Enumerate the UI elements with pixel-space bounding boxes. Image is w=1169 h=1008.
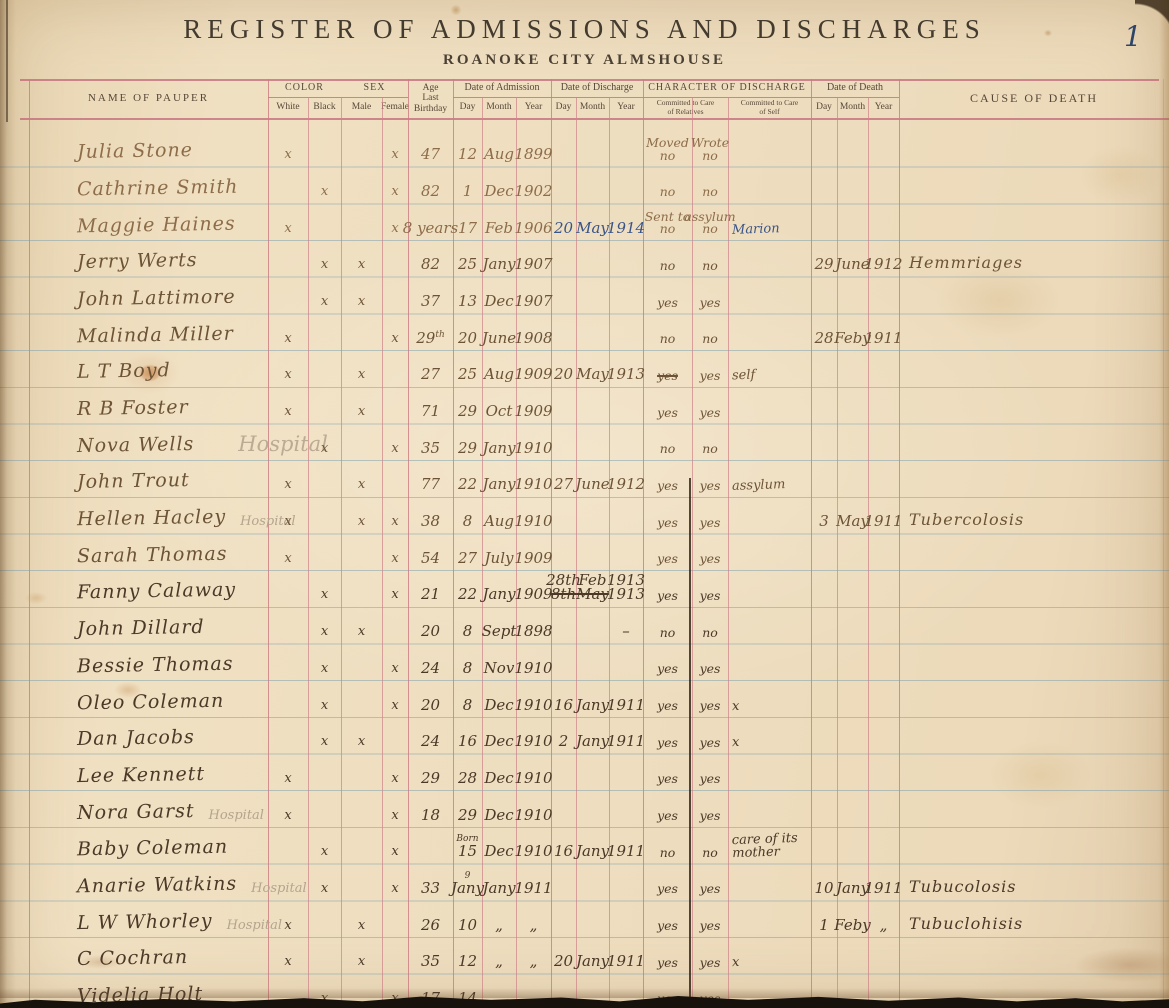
care-of-relatives-value: Moved no <box>646 137 689 162</box>
pauper-name: Maggie Haines <box>77 212 236 237</box>
discharge-month: Jany <box>576 954 609 969</box>
table-row: Bessie Thomas x x 24 8 Nov 1910 yes yes <box>0 644 1169 681</box>
age-value: 82 <box>421 184 440 199</box>
admission-year: „ <box>530 918 538 933</box>
age-value: 24 <box>421 661 440 676</box>
white-mark: x <box>284 147 291 162</box>
admission-month: Feb <box>485 221 513 236</box>
discharge-note: x <box>732 699 740 712</box>
column-header-death-month: Month <box>837 97 868 118</box>
admission-year: 1910 <box>514 514 552 529</box>
admission-month: Oct <box>486 404 513 419</box>
admission-year: 1909 <box>514 587 552 602</box>
care-of-relatives-value: no <box>660 260 676 273</box>
care-of-relatives-value: yes <box>657 920 678 933</box>
admission-year: 1909 <box>514 404 552 419</box>
column-header-death: Date of Death <box>811 79 899 97</box>
table-row: Anarie Watkins Hospital x x 33 9 Jany Ja… <box>0 864 1169 901</box>
white-mark: x <box>284 404 291 419</box>
black-mark: x <box>321 698 328 713</box>
pauper-name: Sarah Thomas <box>77 542 228 567</box>
admission-month: Jany <box>482 477 515 492</box>
column-header-dis-day: Day <box>551 97 576 118</box>
admission-day: 25 <box>458 257 477 272</box>
discharge-year: 1911 <box>607 844 645 859</box>
age-value: 18 <box>421 808 440 823</box>
admission-month: Dec <box>484 734 513 749</box>
table-row: John Lattimore x x 37 13 Dec 1907 yes ye… <box>0 277 1169 314</box>
admission-year: 1910 <box>514 441 552 456</box>
care-of-self-value: no <box>702 443 718 456</box>
column-header-care-relatives: Committed to Care of Relatives <box>643 97 728 118</box>
admission-day: 1 <box>463 184 473 199</box>
age-value: 8 years <box>403 221 458 236</box>
column-header-name: NAME OF PAUPER <box>29 79 268 118</box>
age-value: 29 <box>421 771 440 786</box>
admission-day: 8 <box>463 514 473 529</box>
admission-month: Dec <box>484 771 513 786</box>
black-mark: x <box>321 441 328 456</box>
male-mark: x <box>358 477 365 492</box>
table-row: L T Boyd x x 27 25 Aug 1909 20 May 1913 … <box>0 351 1169 388</box>
admission-year: 1907 <box>514 294 552 309</box>
care-of-relatives-value: no <box>660 443 676 456</box>
age-value: 37 <box>421 294 440 309</box>
black-mark: x <box>321 184 328 199</box>
admission-month: Aug <box>484 514 514 529</box>
female-mark: x <box>391 844 398 859</box>
admission-day: 29 <box>458 404 477 419</box>
male-mark: x <box>358 404 365 419</box>
age-value: 20 <box>421 624 440 639</box>
admission-year: 1910 <box>514 771 552 786</box>
discharge-year: – <box>622 624 630 639</box>
pauper-name: Fanny Calaway <box>77 579 236 604</box>
column-header-color: COLOR <box>268 79 341 97</box>
female-mark: x <box>391 771 398 786</box>
death-month: Feby <box>834 918 871 933</box>
discharge-note: Marion <box>732 222 780 237</box>
care-of-relatives-value: no <box>660 627 676 640</box>
table-row: Julia Stone x x 47 12 Aug 1899 Moved no … <box>0 131 1169 168</box>
female-mark: x <box>391 587 398 602</box>
admission-year: 1898 <box>514 624 552 639</box>
male-mark: x <box>358 514 365 529</box>
column-header-death-day: Day <box>811 97 837 118</box>
table-row: Oleo Coleman x x 20 8 Dec 1910 16 Jany 1… <box>0 681 1169 718</box>
male-mark: x <box>358 367 365 382</box>
care-of-relatives-value: yes <box>657 773 678 786</box>
female-mark: x <box>391 551 398 566</box>
care-of-self-value: yes <box>700 517 721 530</box>
care-of-relatives-value: yes <box>657 370 678 383</box>
care-of-self-value: yes <box>700 810 721 823</box>
bottom-smear <box>0 988 1169 998</box>
admission-day: 8 <box>463 698 473 713</box>
pauper-name: Cathrine Smith <box>77 176 239 201</box>
column-header-death-year: Year <box>868 97 899 118</box>
age-value: 26 <box>421 918 440 933</box>
white-mark: x <box>284 551 291 566</box>
discharge-year: 1913 <box>607 367 645 382</box>
white-mark: x <box>284 477 291 492</box>
admission-year: 1910 <box>514 808 552 823</box>
discharge-note: x <box>732 736 740 749</box>
pauper-name: John Dillard <box>77 616 205 640</box>
discharge-month: Jany <box>576 734 609 749</box>
care-of-relatives-value: yes <box>657 810 678 823</box>
pauper-name: R B Foster <box>77 396 189 420</box>
care-of-self-value: no <box>702 333 718 346</box>
admission-month: Aug <box>484 147 514 162</box>
care-of-self-value: yes <box>700 297 721 310</box>
admission-day: 22 <box>458 587 477 602</box>
age-value: 71 <box>421 404 440 419</box>
care-of-relatives-value: yes <box>657 517 678 530</box>
age-value: 77 <box>421 477 440 492</box>
admission-month: Dec <box>484 808 513 823</box>
admission-month: July <box>485 551 514 566</box>
age-value: 38 <box>421 514 440 529</box>
admission-month: Dec <box>484 294 513 309</box>
column-header-care-self: Committed to Care of Self <box>728 97 811 118</box>
page-corner-shadow <box>1135 0 1169 44</box>
admission-day: Jany <box>451 881 484 896</box>
male-mark: x <box>358 294 365 309</box>
death-year: 1911 <box>864 881 902 896</box>
table-row: Jerry Werts x x 82 25 Jany 1907 no no 29… <box>0 241 1169 278</box>
female-mark: x <box>391 698 398 713</box>
admission-day: 10 <box>458 918 477 933</box>
pauper-name: Bessie Thomas <box>77 652 234 677</box>
cause-of-death-value: Tubuclohisis <box>909 914 1023 933</box>
discharge-month: Jany <box>576 844 609 859</box>
pauper-name: John Lattimore <box>77 286 236 311</box>
discharge-day: 16 <box>554 844 573 859</box>
admission-month: June <box>482 331 516 346</box>
pauper-name: Nova Wells <box>77 433 195 457</box>
admission-day: 12 <box>458 147 477 162</box>
age-value: 35 <box>421 441 440 456</box>
black-mark: x <box>321 624 328 639</box>
table-row: John Dillard x x 20 8 Sept 1898 – no no <box>0 607 1169 644</box>
discharge-month: Jany <box>576 698 609 713</box>
care-of-relatives-value: yes <box>657 480 678 493</box>
admission-year: 1909 <box>514 551 552 566</box>
discharge-day: 16 <box>554 698 573 713</box>
care-of-relatives-value: yes <box>657 663 678 676</box>
pauper-name: Baby Coleman <box>77 836 228 861</box>
admission-month: Dec <box>484 698 513 713</box>
pauper-name: Dan Jacobs <box>77 726 195 750</box>
admission-year: 1902 <box>514 184 552 199</box>
column-header-male: Male <box>341 97 382 118</box>
admission-day: 29 <box>458 808 477 823</box>
column-header-character: CHARACTER OF DISCHARGE <box>643 79 811 97</box>
column-header-adm-year: Year <box>516 97 551 118</box>
column-header-black: Black <box>308 97 341 118</box>
discharge-day-2: 8th <box>551 587 576 602</box>
care-of-relatives-value: no <box>660 333 676 346</box>
table-row: Hellen Hacley Hospital x x x 38 8 Aug 19… <box>0 497 1169 534</box>
admission-day: 8 <box>463 661 473 676</box>
column-header-female: Female <box>382 97 408 118</box>
death-year: 1912 <box>864 257 902 272</box>
admission-day: 20 <box>458 331 477 346</box>
female-mark: x <box>391 808 398 823</box>
admission-year: 1907 <box>514 257 552 272</box>
admission-year: 1910 <box>514 661 552 676</box>
admission-day: 25 <box>458 367 477 382</box>
page-left-edge <box>0 0 16 1008</box>
male-mark: x <box>358 954 365 969</box>
pencil-note: Hospital <box>209 808 264 823</box>
cause-of-death-value: Tubercolosis <box>909 510 1024 529</box>
care-of-self-value: yes <box>700 663 721 676</box>
admission-month: Dec <box>484 184 513 199</box>
care-of-self-value: yes <box>700 407 721 420</box>
ledger-page: REGISTER OF ADMISSIONS AND DISCHARGES RO… <box>0 0 1169 1008</box>
care-of-self-value: Wrote no <box>691 137 729 162</box>
discharge-day: 2 <box>559 734 569 749</box>
column-header-adm-day: Day <box>453 97 482 118</box>
female-mark: x <box>391 147 398 162</box>
admission-year: 1910 <box>514 477 552 492</box>
care-of-relatives-value: no <box>660 186 676 199</box>
pencil-note: Hospital <box>251 881 306 896</box>
table-row: R B Foster x x 71 29 Oct 1909 yes yes <box>0 387 1169 424</box>
admission-year: 1908 <box>514 331 552 346</box>
black-mark: x <box>321 294 328 309</box>
discharge-month-2: May <box>576 587 609 602</box>
admission-day: 28 <box>458 771 477 786</box>
care-of-self-value: no <box>702 847 718 860</box>
discharge-day: 27 <box>554 477 573 492</box>
care-of-self-value: yes <box>700 883 721 896</box>
page-title: REGISTER OF ADMISSIONS AND DISCHARGES <box>0 14 1169 45</box>
white-mark: x <box>284 918 291 933</box>
admission-month: Jany <box>482 587 515 602</box>
admission-month: Sept <box>482 624 517 639</box>
care-of-relatives-value: yes <box>657 297 678 310</box>
white-mark: x <box>284 771 291 786</box>
page-left-edge-line <box>6 0 8 122</box>
age-value: 24 <box>421 734 440 749</box>
black-mark: x <box>321 587 328 602</box>
admission-day: 27 <box>458 551 477 566</box>
discharge-year: 1911 <box>607 698 645 713</box>
age-value: 54 <box>421 551 440 566</box>
white-mark: x <box>284 808 291 823</box>
discharge-note: care of its mother <box>732 832 799 860</box>
discharge-day: 20 <box>554 954 573 969</box>
death-day: 1 <box>819 918 829 933</box>
death-year: „ <box>880 918 888 933</box>
pauper-name: C Cochran <box>77 946 188 970</box>
white-mark: x <box>284 221 291 236</box>
admission-day: 15 <box>458 844 477 859</box>
age-value: 35 <box>421 954 440 969</box>
admission-day: 13 <box>458 294 477 309</box>
care-of-self-value: yes <box>700 920 721 933</box>
care-of-relatives-value: yes <box>657 590 678 603</box>
admission-day: 16 <box>458 734 477 749</box>
care-of-self-value: yes <box>700 553 721 566</box>
admission-month: Jany <box>482 441 515 456</box>
column-header-adm-month: Month <box>482 97 516 118</box>
pauper-name: L T Boyd <box>77 360 171 384</box>
table-row: Dan Jacobs x x 24 16 Dec 1910 2 Jany 191… <box>0 718 1169 755</box>
care-of-relatives-value: yes <box>657 883 678 896</box>
care-of-relatives-value: yes <box>657 553 678 566</box>
pauper-name: Jerry Werts <box>77 249 198 273</box>
care-of-self-value: yes <box>700 590 721 603</box>
age-value: 29th <box>416 331 445 346</box>
death-year: 1911 <box>864 514 902 529</box>
female-mark: x <box>391 661 398 676</box>
column-header-sex: SEX <box>341 79 408 97</box>
care-of-self-value: no <box>702 627 718 640</box>
page-right-edge <box>1159 0 1169 1008</box>
pauper-name: Lee Kennett <box>77 763 205 787</box>
column-header-cause: CAUSE OF DEATH <box>899 79 1169 118</box>
age-value: 20 <box>421 698 440 713</box>
discharge-day: 20 <box>554 221 573 236</box>
female-mark: x <box>391 331 398 346</box>
pauper-name: Hellen Hacley <box>77 506 226 531</box>
admission-month: Jany <box>482 881 515 896</box>
care-of-self-value: yes <box>700 700 721 713</box>
pauper-name: Oleo Coleman <box>77 689 225 714</box>
admission-month: „ <box>495 918 503 933</box>
discharge-year: 1914 <box>607 221 645 236</box>
male-mark: x <box>358 734 365 749</box>
discharge-year-2: 1913 <box>607 587 645 602</box>
admission-month: „ <box>495 954 503 969</box>
cause-of-death-value: Tubucolosis <box>909 877 1016 896</box>
death-day: 3 <box>819 514 829 529</box>
female-mark: x <box>391 441 398 456</box>
table-row: Malinda Miller x x 29th 20 June 1908 no … <box>0 314 1169 351</box>
discharge-note: assylum <box>732 478 786 493</box>
black-mark: x <box>321 661 328 676</box>
admission-day: 8 <box>463 624 473 639</box>
admission-year: 1899 <box>514 147 552 162</box>
care-of-self-value: yes <box>700 370 721 383</box>
age-value: 82 <box>421 257 440 272</box>
age-value: 33 <box>421 881 440 896</box>
care-of-self-value: yes <box>700 957 721 970</box>
table-row: Sarah Thomas x x 54 27 July 1909 yes yes <box>0 534 1169 571</box>
black-mark: x <box>321 734 328 749</box>
male-mark: x <box>358 918 365 933</box>
white-mark: x <box>284 367 291 382</box>
death-day: 10 <box>814 881 833 896</box>
admission-year: 1910 <box>514 698 552 713</box>
discharge-note: x <box>732 956 740 969</box>
table-row: Cathrine Smith x x 82 1 Dec 1902 no no <box>0 167 1169 204</box>
admission-day: 17 <box>458 221 477 236</box>
death-year: 1911 <box>864 331 902 346</box>
white-mark: x <box>284 331 291 346</box>
black-mark: x <box>321 257 328 272</box>
age-value: 27 <box>421 367 440 382</box>
table-row: Nora Garst Hospital x x 18 29 Dec 1910 y… <box>0 791 1169 828</box>
female-mark: x <box>391 514 398 529</box>
admission-year: 1910 <box>514 844 552 859</box>
cause-of-death-value: Hemmriages <box>909 253 1023 272</box>
black-mark: x <box>321 844 328 859</box>
pauper-name: Anarie Watkins <box>77 873 238 898</box>
table-row: L W Whorley Hospital x x 26 10 „ „ yes y… <box>0 901 1169 938</box>
table-row: Maggie Haines x x 8 years 17 Feb 1906 20… <box>0 204 1169 241</box>
table-row: Nova Wells Hospital x x 35 29 Jany 1910 … <box>0 424 1169 461</box>
age-value: 47 <box>421 147 440 162</box>
white-mark: x <box>284 954 291 969</box>
black-mark: x <box>321 881 328 896</box>
care-of-self-value: yes <box>700 480 721 493</box>
male-mark: x <box>358 257 365 272</box>
male-mark: x <box>358 624 365 639</box>
pauper-name: Nora Garst <box>77 800 195 824</box>
care-of-relatives-value: yes <box>657 957 678 970</box>
admission-year: „ <box>530 954 538 969</box>
discharge-year: 1912 <box>607 477 645 492</box>
female-mark: x <box>391 881 398 896</box>
column-header-dis-month: Month <box>576 97 609 118</box>
care-of-relatives-value: no <box>660 847 676 860</box>
column-header-discharge: Date of Discharge <box>551 79 643 97</box>
white-mark: x <box>284 514 291 529</box>
admission-year: 1910 <box>514 734 552 749</box>
pauper-name: Julia Stone <box>77 139 193 163</box>
page-subtitle: ROANOKE CITY ALMSHOUSE <box>0 52 1169 69</box>
discharge-day: 20 <box>554 367 573 382</box>
discharge-year: 1911 <box>607 954 645 969</box>
table-row: Lee Kennett x x 29 28 Dec 1910 yes yes <box>0 754 1169 791</box>
admission-year: 1911 <box>514 881 552 896</box>
care-of-relatives-value: yes <box>657 407 678 420</box>
admission-day: 12 <box>458 954 477 969</box>
care-of-relatives-value: yes <box>657 700 678 713</box>
discharge-month: May <box>576 221 609 236</box>
table-row: Baby Coleman x x Born 15 Dec 1910 16 Jan… <box>0 828 1169 865</box>
admission-day: 22 <box>458 477 477 492</box>
death-day: 29 <box>814 257 833 272</box>
female-mark: x <box>391 221 398 236</box>
admission-year: 1906 <box>514 221 552 236</box>
table-row: John Trout x x 77 22 Jany 1910 27 June 1… <box>0 461 1169 498</box>
column-header-white: White <box>268 97 308 118</box>
care-of-self-value: yes <box>700 737 721 750</box>
column-header-age: Age Last Birthday <box>408 79 453 118</box>
care-of-self-value: yes <box>700 773 721 786</box>
discharge-year: 1911 <box>607 734 645 749</box>
pauper-name: Malinda Miller <box>77 322 234 347</box>
table-row: C Cochran x x 35 12 „ „ 20 Jany 1911 yes… <box>0 938 1169 975</box>
discharge-month: May <box>576 367 609 382</box>
pauper-name: L W Whorley <box>77 909 213 933</box>
admission-month: Nov <box>484 661 515 676</box>
column-header-admission: Date of Admission <box>453 79 551 97</box>
admission-month: Dec <box>484 844 513 859</box>
discharge-note: self <box>732 369 756 383</box>
female-mark: x <box>391 184 398 199</box>
age-value: 21 <box>421 587 440 602</box>
column-header-dis-year: Year <box>609 97 643 118</box>
admission-day: 29 <box>458 441 477 456</box>
admission-month: Jany <box>482 257 515 272</box>
